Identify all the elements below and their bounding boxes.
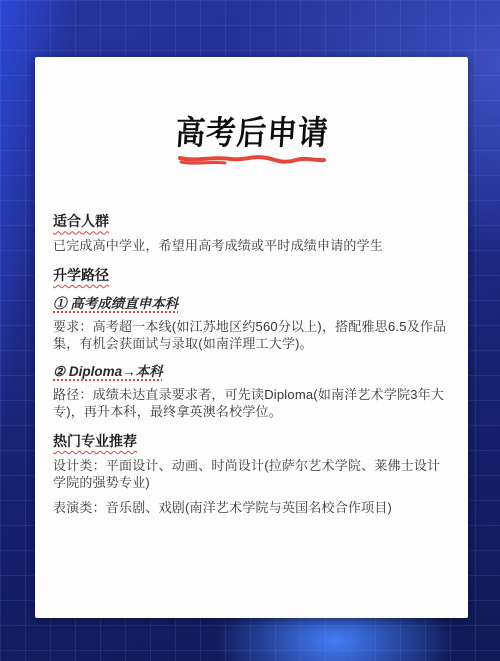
audience-text: 已完成高中学业，希望用高考成绩或平时成绩申请的学生 bbox=[53, 237, 450, 255]
majors-design-text: 设计类：平面设计、动画、时尚设计(拉萨尔艺术学院、莱佛士设计学院的强势专业) bbox=[53, 457, 450, 492]
pathway-1-subhead: ① 高考成绩直申本科 bbox=[53, 294, 178, 314]
title-underline-stroke bbox=[177, 152, 327, 168]
poster-title: 高考后申请 bbox=[174, 115, 329, 151]
section-heading-pathways: 升学路径 bbox=[53, 265, 109, 285]
majors-performance-text: 表演类：音乐剧、戏剧(南洋艺术学院与英国名校合作项目) bbox=[53, 499, 450, 517]
poster-background: 高考后申请 适合人群 已完成高中学业，希望用高考成绩或平时成绩申请的学生 升学路… bbox=[0, 0, 500, 661]
card-content: 适合人群 已完成高中学业，希望用高考成绩或平时成绩申请的学生 升学路径 ① 高考… bbox=[35, 211, 468, 516]
section-heading-audience: 适合人群 bbox=[53, 211, 109, 231]
pathway-2-text: 路径：成绩未达直录要求者，可先读Diploma(如南洋艺术学院3年大专)，再升本… bbox=[53, 386, 450, 421]
title-block: 高考后申请 bbox=[35, 57, 468, 168]
pathway-1-text: 要求：高考超一本线(如江苏地区约560分以上)，搭配雅思6.5及作品集，有机会获… bbox=[53, 318, 450, 353]
poster-card: 高考后申请 适合人群 已完成高中学业，希望用高考成绩或平时成绩申请的学生 升学路… bbox=[35, 57, 468, 618]
section-heading-majors: 热门专业推荐 bbox=[53, 431, 137, 451]
pathway-2-subhead: ② Diploma→本科 bbox=[53, 362, 163, 382]
